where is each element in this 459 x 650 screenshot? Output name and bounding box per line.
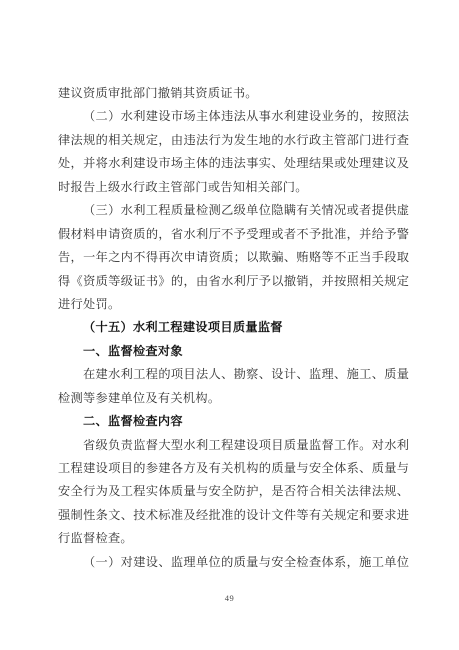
text-line: 在建水利工程的项目法人、勘察、设计、监理、施工、质量 [58, 363, 409, 386]
text-line: 检测等参建单位及有关机构。 [58, 387, 409, 410]
document-body: 建议资质审批部门撤销其资质证书。（二）水利建设市场主体违法从事水利建设业务的，按… [58, 82, 409, 574]
text-line: （二）水利建设市场主体违法从事水利建设业务的，按照法 [58, 105, 409, 128]
text-line: 时报告上级水行政主管部门或告知相关部门。 [58, 176, 409, 199]
heading-line: 一、监督检查对象 [58, 340, 409, 363]
text-line: 安全行为及工程实体质量与安全防护，是否符合相关法律法规、 [58, 480, 409, 503]
text-line: 省级负责监督大型水利工程建设项目质量监督工作。对水利 [58, 434, 409, 457]
page-number: 49 [0, 593, 459, 603]
document-page: 建议资质审批部门撤销其资质证书。（二）水利建设市场主体违法从事水利建设业务的，按… [0, 0, 459, 650]
heading-line: 二、监督检查内容 [58, 410, 409, 433]
text-line: 告，一年之内不得再次申请资质；以欺骗、贿赂等不正当手段取 [58, 246, 409, 269]
heading-line: （十五）水利工程建设项目质量监督 [58, 316, 409, 339]
text-line: （一）对建设、监理单位的质量与安全检查体系，施工单位 [58, 551, 409, 574]
text-line: 处，并将水利建设市场主体的违法事实、处理结果或处理建议及 [58, 152, 409, 175]
text-line: 得《资质等级证书》的，由省水利厅予以撤销，并按照相关规定 [58, 270, 409, 293]
text-line: （三）水利工程质量检测乙级单位隐瞒有关情况或者提供虚 [58, 199, 409, 222]
text-line: 假材料申请资质的，省水利厅不予受理或者不予批准，并给予警 [58, 223, 409, 246]
text-line: 强制性条文、技术标准及经批准的设计文件等有关规定和要求进 [58, 504, 409, 527]
text-line: 律法规的相关规定，由违法行为发生地的水行政主管部门进行查 [58, 129, 409, 152]
text-line: 建议资质审批部门撤销其资质证书。 [58, 82, 409, 105]
text-line: 工程建设项目的参建各方及有关机构的质量与安全体系、质量与 [58, 457, 409, 480]
text-line: 行监督检查。 [58, 527, 409, 550]
text-line: 进行处罚。 [58, 293, 409, 316]
